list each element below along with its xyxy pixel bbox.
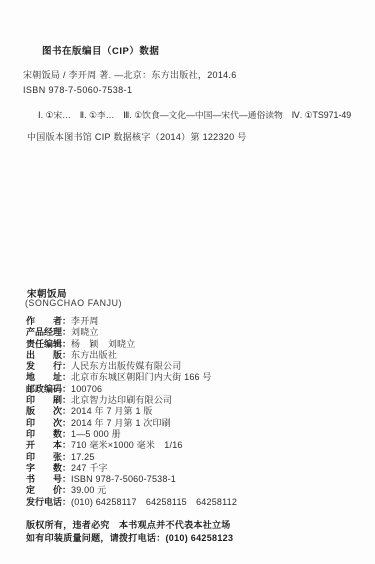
detail-value: 刘晓立 — [71, 327, 99, 337]
detail-value: ISBN 978-7-5060-7538-1 — [71, 474, 176, 484]
detail-label: 印 张： — [26, 452, 71, 462]
detail-row: 产品经理：刘晓立 — [26, 327, 356, 338]
detail-label: 印 数： — [26, 429, 71, 439]
detail-label: 版 次： — [26, 406, 71, 416]
detail-row: 出 版：东方出版社 — [26, 350, 356, 361]
book-copyright-page: 图书在版编目（CIP）数据 宋朝饭局 / 李开周 著. —北京：东方出版社，20… — [0, 0, 375, 564]
detail-row: 责任编辑：杨 颖 刘晓立 — [26, 339, 356, 350]
detail-value: 杨 颖 刘晓立 — [71, 339, 135, 349]
detail-value: 247 千字 — [71, 463, 108, 473]
detail-row: 书 号：ISBN 978-7-5060-7538-1 — [26, 474, 356, 485]
detail-value: 39.00 元 — [71, 485, 106, 495]
detail-row: 印 刷：北京智力达印刷有限公司 — [26, 395, 356, 406]
cip-record-number: 中国版本图书馆 CIP 数据核字（2014）第 122320 号 — [27, 130, 247, 143]
detail-label: 定 价： — [26, 485, 71, 495]
copyright-notice: 版权所有，违者必究 本书观点并不代表本社立场 — [26, 518, 231, 531]
detail-label: 产品经理： — [26, 327, 71, 337]
detail-value: 1—5 000 册 — [71, 429, 121, 439]
detail-value: 710 毫米×1000 毫米 1/16 — [71, 440, 183, 450]
book-title-pinyin: (SONGCHAO FANJU) — [25, 298, 122, 308]
cip-isbn-line: ISBN 978-7-5060-7538-1 — [23, 85, 132, 95]
detail-row: 发行电话：(010) 64258117 64258115 64258112 — [26, 497, 356, 508]
detail-value: (010) 64258117 64258115 64258112 — [71, 497, 237, 507]
detail-label: 出 版： — [26, 350, 71, 360]
detail-label: 书 号： — [26, 474, 71, 484]
detail-label: 字 数： — [26, 463, 71, 473]
detail-value: 东方出版社 — [71, 350, 117, 360]
quality-hotline-notice: 如有印装质量问题，请拨打电话：(010) 64258123 — [26, 531, 233, 544]
detail-label: 发 行： — [26, 361, 71, 371]
detail-row: 字 数：247 千字 — [26, 463, 356, 474]
cip-classification-line: Ⅰ. ①宋… Ⅱ. ①李… Ⅲ. ①饮食—文化—中国—宋代—通俗读物 Ⅳ. ①T… — [38, 108, 368, 121]
detail-value: 北京智力达印刷有限公司 — [71, 395, 172, 405]
detail-row: 印 张：17.25 — [26, 452, 356, 463]
detail-value: 北京市东城区朝阳门内大街 166 号 — [71, 372, 212, 382]
detail-row: 邮政编码：100706 — [26, 384, 356, 395]
detail-row: 版 次：2014 年 7 月第 1 版 — [26, 406, 356, 417]
detail-row: 开 本：710 毫米×1000 毫米 1/16 — [26, 440, 356, 451]
detail-value: 2014 年 7 月第 1 次印刷 — [71, 418, 171, 428]
detail-row: 发 行：人民东方出版传媒有限公司 — [26, 361, 356, 372]
detail-row: 印 数：1—5 000 册 — [26, 429, 356, 440]
detail-row: 地 址：北京市东城区朝阳门内大街 166 号 — [26, 372, 356, 383]
detail-row: 定 价：39.00 元 — [26, 485, 356, 496]
detail-value: 李开周 — [71, 316, 99, 326]
detail-label: 印 次： — [26, 418, 71, 428]
detail-label: 责任编辑： — [26, 339, 71, 349]
detail-label: 作 者： — [26, 316, 71, 326]
detail-label: 印 刷： — [26, 395, 71, 405]
publication-details-list: 作 者：李开周 产品经理：刘晓立 责任编辑：杨 颖 刘晓立 出 版：东方出版社 … — [26, 316, 356, 508]
detail-row: 作 者：李开周 — [26, 316, 356, 327]
cip-header: 图书在版编目（CIP）数据 — [42, 43, 159, 57]
detail-value: 2014 年 7 月第 1 版 — [71, 406, 153, 416]
detail-label: 地 址： — [26, 372, 71, 382]
cip-title-line: 宋朝饭局 / 李开周 著. —北京：东方出版社，2014.6 — [23, 68, 237, 81]
detail-value: 100706 — [71, 384, 102, 394]
detail-row: 印 次：2014 年 7 月第 1 次印刷 — [26, 418, 356, 429]
detail-label: 发行电话： — [26, 497, 71, 507]
detail-value: 人民东方出版传媒有限公司 — [71, 361, 181, 371]
detail-value: 17.25 — [71, 452, 95, 462]
detail-label: 邮政编码： — [26, 384, 71, 394]
detail-label: 开 本： — [26, 440, 71, 450]
